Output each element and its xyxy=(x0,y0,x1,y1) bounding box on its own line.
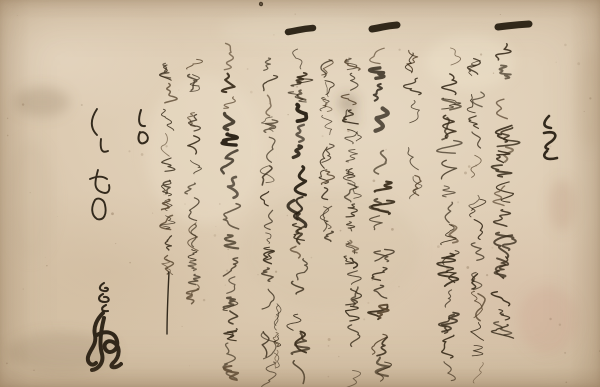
brush-stroke xyxy=(263,76,277,91)
top-right-mark-stroke xyxy=(544,151,557,159)
brush-stroke xyxy=(473,362,483,383)
brush-stroke xyxy=(291,334,309,354)
brush-stroke xyxy=(261,192,269,206)
brush-stroke xyxy=(348,325,360,347)
brush-stroke xyxy=(445,290,451,307)
top-right-mark xyxy=(544,116,557,159)
brush-stroke xyxy=(266,95,271,116)
date-column-stroke xyxy=(95,170,109,193)
brush-stroke xyxy=(472,345,483,355)
brush-stroke xyxy=(188,249,197,261)
brush-stroke xyxy=(350,73,358,90)
date-column-stroke xyxy=(90,177,107,179)
brush-stroke xyxy=(410,101,420,123)
brush-stroke xyxy=(491,292,509,306)
brush-stroke xyxy=(473,92,485,107)
brush-stroke xyxy=(262,332,269,357)
brush-stroke xyxy=(293,146,301,158)
brush-stroke xyxy=(438,272,458,286)
brush-stroke xyxy=(494,210,511,227)
brush-stroke xyxy=(346,149,357,162)
brush-stroke xyxy=(229,311,238,324)
brush-stroke xyxy=(295,167,306,195)
signature-script-stroke xyxy=(102,305,108,311)
item-marker-ichi xyxy=(288,28,313,32)
brush-stroke xyxy=(287,314,301,330)
column-12-tail xyxy=(167,272,169,334)
brush-stroke xyxy=(223,258,237,276)
stain xyxy=(14,87,70,117)
brush-stroke xyxy=(441,160,456,179)
brush-stroke xyxy=(442,186,455,197)
brush-stroke xyxy=(493,186,505,206)
brush-stroke xyxy=(472,132,481,148)
stain xyxy=(549,179,575,231)
brush-stroke xyxy=(325,81,334,95)
brush-stroke xyxy=(437,254,455,269)
stray-ink-dot-stroke xyxy=(260,3,263,6)
stain xyxy=(5,140,55,260)
stain xyxy=(518,286,578,354)
date-column xyxy=(90,109,109,219)
brush-stroke xyxy=(165,236,171,250)
brush-stroke xyxy=(469,116,479,128)
brush-stroke xyxy=(224,43,233,69)
brush-stroke xyxy=(374,151,386,174)
stain xyxy=(425,34,515,90)
brush-stroke xyxy=(370,48,384,63)
brush-stroke xyxy=(273,333,278,346)
brush-stroke xyxy=(297,125,304,142)
brush-stroke xyxy=(491,325,513,339)
brush-stroke xyxy=(495,258,509,277)
manuscript-photo xyxy=(0,0,600,387)
signature-script-stroke xyxy=(100,283,108,291)
brush-stroke xyxy=(474,220,482,240)
brush-stroke xyxy=(261,362,276,387)
left-margin-mark-stroke xyxy=(139,110,145,126)
brush-stroke xyxy=(413,176,421,196)
stray-ink-dot xyxy=(260,3,263,6)
brush-stroke xyxy=(225,343,236,364)
brush-stroke xyxy=(224,331,237,341)
item-marker-ichi xyxy=(498,24,529,27)
brush-stroke xyxy=(471,243,484,260)
text-column-3 xyxy=(437,48,462,381)
date-column-stroke xyxy=(101,139,108,152)
brush-stroke xyxy=(297,105,306,122)
brush-stroke xyxy=(189,275,200,285)
brush-stroke xyxy=(375,182,392,192)
brush-stroke xyxy=(188,262,196,270)
date-column-stroke xyxy=(92,199,105,220)
text-column-4 xyxy=(404,50,422,198)
brush-stroke xyxy=(376,108,388,130)
brush-stroke xyxy=(437,141,462,154)
brush-stroke xyxy=(499,310,510,320)
column-12-tail-stroke xyxy=(167,272,169,334)
brush-stroke xyxy=(274,304,281,326)
brush-stroke xyxy=(346,370,360,387)
brush-stroke xyxy=(275,306,279,331)
handwriting-layer xyxy=(0,0,600,387)
brush-stroke xyxy=(225,235,239,248)
brush-stroke xyxy=(445,202,452,223)
text-column-11 xyxy=(273,304,281,368)
brush-stroke xyxy=(322,115,332,134)
brush-stroke xyxy=(404,78,422,94)
brush-stroke xyxy=(443,115,456,138)
text-column-2 xyxy=(467,59,485,384)
signature-script-stroke xyxy=(99,294,109,302)
brush-stroke xyxy=(264,58,271,70)
brush-stroke xyxy=(492,165,512,177)
text-column-1 xyxy=(491,44,519,338)
top-right-mark-stroke xyxy=(544,116,551,128)
signature-script xyxy=(99,283,109,311)
brush-stroke xyxy=(293,361,304,384)
item-marker-ichi xyxy=(372,25,397,29)
date-column-stroke xyxy=(92,109,97,135)
brush-stroke xyxy=(408,148,418,170)
brush-stroke xyxy=(227,277,235,294)
brush-stroke xyxy=(374,84,382,101)
brush-stroke xyxy=(444,362,455,381)
stain-layer xyxy=(5,12,600,372)
stain xyxy=(576,50,600,150)
brush-stroke xyxy=(187,59,203,69)
brush-stroke xyxy=(160,215,173,229)
brush-stroke xyxy=(345,132,357,144)
brush-stroke xyxy=(497,151,510,163)
brush-stroke xyxy=(370,68,384,78)
brush-stroke xyxy=(496,99,507,119)
brush-stroke xyxy=(471,322,484,340)
brush-stroke xyxy=(267,137,275,162)
brush-stroke xyxy=(442,335,454,358)
brush-stroke xyxy=(293,49,302,69)
brush-stroke xyxy=(275,350,278,367)
